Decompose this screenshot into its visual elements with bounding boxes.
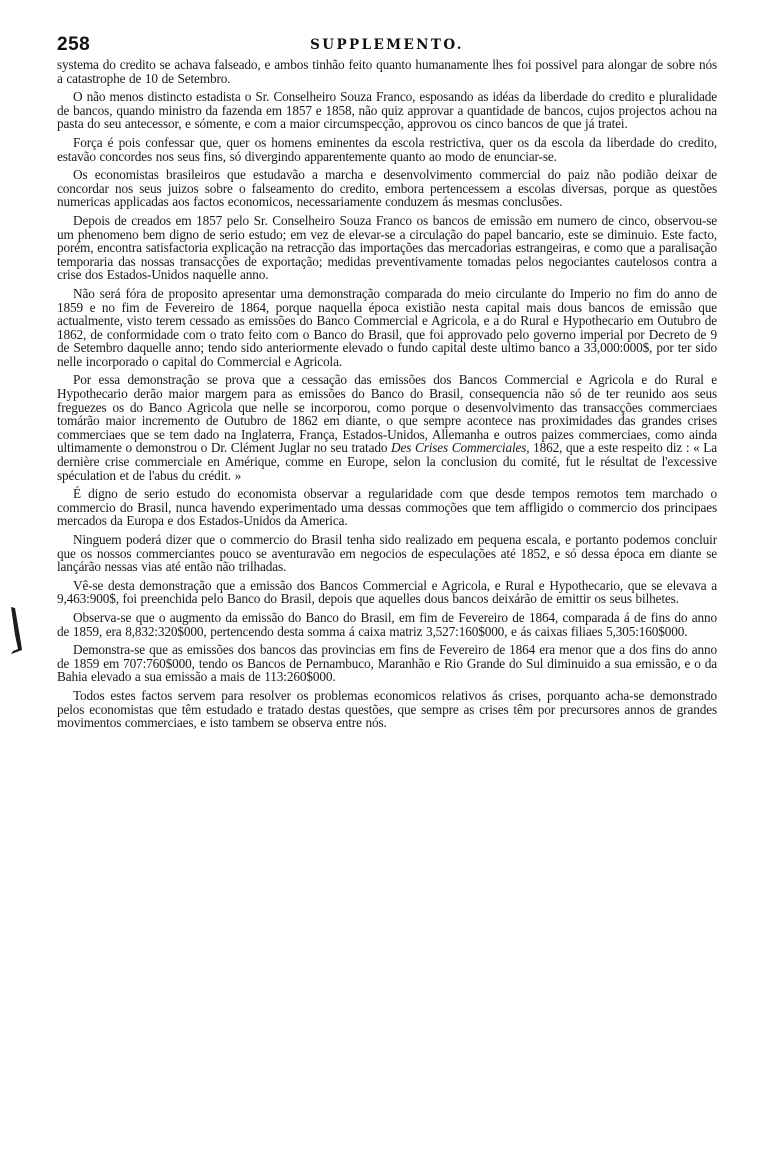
paragraph: systema do credito se achava falseado, e… [57,58,717,85]
page-edge-mark [10,605,24,655]
paragraph: Depois de creados em 1857 pelo Sr. Conse… [57,214,717,282]
paragraph: Os economistas brasileiros que estudavão… [57,168,717,209]
paragraph: É digno de serio estudo do economista ob… [57,487,717,528]
document-page: 258 SUPPLEMENTO. systema do credito se a… [57,34,717,735]
paragraph: Força é pois confessar que, quer os home… [57,136,717,163]
paragraph: Demonstra-se que as emissões dos bancos … [57,643,717,684]
paragraph: Todos estes factos servem para resolver … [57,689,717,730]
paragraph: O não menos distincto estadista o Sr. Co… [57,90,717,131]
paragraph: Ninguem poderá dizer que o commercio do … [57,533,717,574]
paragraph: Vê-se desta demonstração que a emissão d… [57,579,717,606]
paragraph: Não será fóra de proposito apresentar um… [57,287,717,369]
body-text: systema do credito se achava falseado, e… [57,58,717,730]
page-header: 258 SUPPLEMENTO. [57,34,717,56]
running-head: SUPPLEMENTO. [57,37,717,53]
paragraph: Observa-se que o augmento da emissão do … [57,611,717,638]
paragraph-juglar-quote: Por essa demonstração se prova que a ces… [57,373,717,482]
